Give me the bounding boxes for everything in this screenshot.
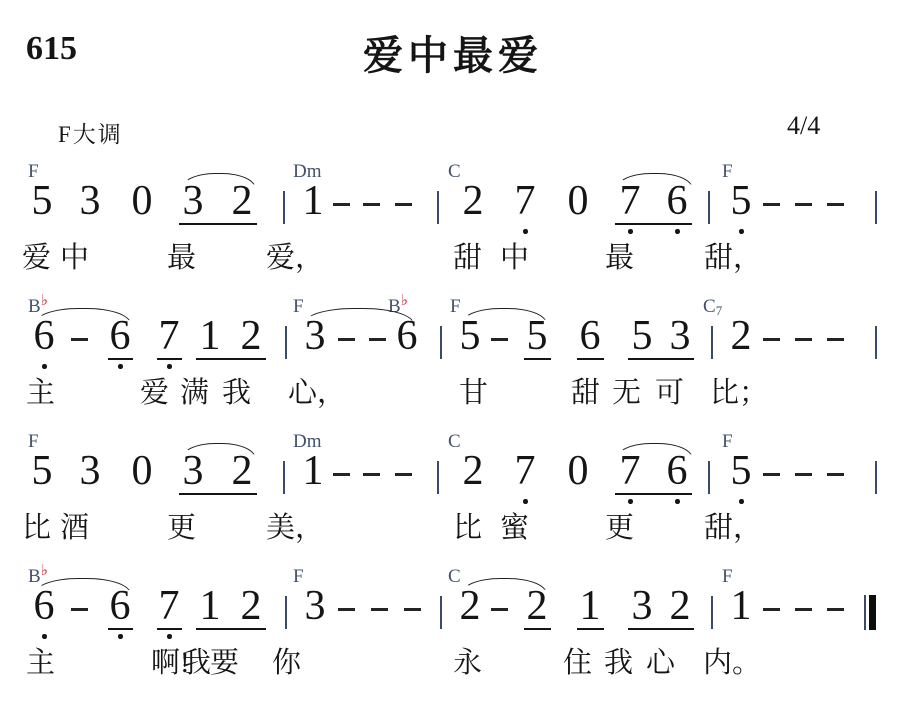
note-digit: 5 [731, 450, 752, 492]
lyric: 心 [646, 648, 675, 680]
lyric: 甜， [704, 513, 762, 545]
beam-underline [615, 493, 692, 495]
lyric: 可 [655, 378, 684, 410]
octave-dot [167, 364, 172, 369]
lyric: 你 [272, 648, 301, 680]
note-digit: 2 [232, 450, 253, 492]
lyric: 美， [266, 513, 324, 545]
note-digit: 3 [183, 450, 204, 492]
octave-dot [523, 229, 528, 234]
note-digit: 6 [110, 585, 131, 627]
duration-dash [363, 473, 380, 476]
chord-label: F [293, 567, 304, 586]
note-digit: 2 [670, 585, 691, 627]
lyric: 爱 [140, 378, 169, 410]
octave-dot [628, 229, 633, 234]
note-digit: 1 [731, 585, 752, 627]
note-digit: 2 [241, 585, 262, 627]
lyric: 比 [22, 513, 51, 545]
barline [711, 326, 713, 359]
lyric: 甜， [704, 243, 762, 275]
lyric: 最 [605, 243, 634, 275]
note-digit: 3 [80, 180, 101, 222]
barline [285, 326, 287, 359]
note-digit: 3 [670, 315, 691, 357]
duration-dash [827, 473, 844, 476]
lyric: 永 [453, 648, 482, 680]
note-digit: 5 [632, 315, 653, 357]
beam-underline [157, 628, 182, 630]
barline [875, 461, 877, 494]
note-digit: 2 [232, 180, 253, 222]
beam-underline [108, 358, 133, 360]
duration-dash [395, 473, 412, 476]
chord-label: F [293, 297, 304, 316]
barline [285, 596, 287, 629]
lyric: 中 [60, 243, 89, 275]
duration-dash [795, 338, 812, 341]
note-digit: 3 [305, 315, 326, 357]
score: FDmCF530321270765爱中最爱，甜中最甜，B♭FB♭FC766712… [0, 0, 906, 707]
lyric: 更 [167, 513, 196, 545]
chord-label: C [448, 162, 461, 181]
lyric: 无 [612, 378, 641, 410]
note-digit: 7 [515, 450, 536, 492]
duration-dash [333, 203, 350, 206]
chord-label: C7 [703, 297, 722, 316]
lyric: 爱 [22, 243, 51, 275]
beam-underline [615, 223, 692, 225]
duration-dash [71, 338, 88, 341]
final-barline [869, 595, 876, 630]
note-digit: 1 [200, 585, 221, 627]
note-digit: 7 [620, 450, 641, 492]
hymn-sheet: 615 爱中最爱 F大调 4/4 FDmCF530321270765爱中最爱，甜… [0, 0, 906, 707]
octave-dot [167, 634, 172, 639]
lyric: 满 [180, 378, 209, 410]
duration-dash [71, 608, 88, 611]
duration-dash [371, 608, 388, 611]
octave-dot [118, 364, 123, 369]
octave-dot [739, 499, 744, 504]
barline [437, 461, 439, 494]
note-digit: 2 [527, 585, 548, 627]
lyric: 比 [453, 513, 482, 545]
barline [437, 191, 439, 224]
flat-symbol: ♭ [401, 293, 408, 309]
beam-underline [179, 493, 257, 495]
barline [283, 191, 285, 224]
duration-dash [491, 338, 508, 341]
duration-dash [827, 338, 844, 341]
note-digit: 2 [463, 180, 484, 222]
lyric: 爱， [266, 243, 324, 275]
note-digit: 3 [183, 180, 204, 222]
octave-dot [675, 499, 680, 504]
lyric: 要 [210, 648, 239, 680]
note-digit: 6 [667, 450, 688, 492]
note-digit: 7 [159, 315, 180, 357]
lyric: 最 [167, 243, 196, 275]
beam-underline [628, 628, 694, 630]
duration-dash [827, 203, 844, 206]
beam-underline [196, 628, 266, 630]
duration-dash [369, 338, 386, 341]
duration-dash [404, 608, 421, 611]
octave-dot [42, 634, 47, 639]
beam-underline [179, 223, 257, 225]
lyric: 甜 [453, 243, 482, 275]
barline [708, 461, 710, 494]
octave-dot [118, 634, 123, 639]
lyric: 比； [710, 378, 768, 410]
duration-dash [491, 608, 508, 611]
note-digit: 2 [460, 585, 481, 627]
flat-symbol: ♭ [41, 563, 48, 579]
lyric: 酒 [60, 513, 89, 545]
beam-underline [157, 358, 182, 360]
note-digit: 3 [305, 585, 326, 627]
note-digit: 3 [632, 585, 653, 627]
lyric: 我 [182, 648, 211, 680]
lyric: 中 [500, 243, 529, 275]
chord-extension: 7 [716, 303, 723, 318]
barline [711, 596, 713, 629]
duration-dash [395, 203, 412, 206]
note-digit: 7 [159, 585, 180, 627]
lyric: 主 [26, 378, 55, 410]
note-digit: 6 [34, 585, 55, 627]
duration-dash [763, 473, 780, 476]
lyric: 甜 [571, 378, 600, 410]
note-digit: 6 [580, 315, 601, 357]
final-barline [864, 595, 866, 630]
lyric: 主 [26, 648, 55, 680]
duration-dash [827, 608, 844, 611]
flat-symbol: ♭ [41, 293, 48, 309]
duration-dash [333, 473, 350, 476]
beam-underline [524, 358, 551, 360]
note-digit: 3 [80, 450, 101, 492]
note-digit: 5 [527, 315, 548, 357]
duration-dash [338, 338, 355, 341]
lyric: 更 [605, 513, 634, 545]
lyric: 我 [222, 378, 251, 410]
note-digit: 6 [667, 180, 688, 222]
note-digit: 6 [34, 315, 55, 357]
chord-label: C [448, 432, 461, 451]
duration-dash [763, 608, 780, 611]
lyric: 蜜 [500, 513, 529, 545]
note-digit: 7 [620, 180, 641, 222]
note-digit: 1 [580, 585, 601, 627]
octave-dot [523, 499, 528, 504]
note-digit: 5 [32, 450, 53, 492]
note-digit: 7 [515, 180, 536, 222]
note-digit: 0 [132, 180, 153, 222]
note-digit: 5 [32, 180, 53, 222]
note-digit: 0 [132, 450, 153, 492]
barline [875, 326, 877, 359]
duration-dash [795, 608, 812, 611]
barline [283, 461, 285, 494]
beam-underline [628, 358, 694, 360]
barline [875, 191, 877, 224]
duration-dash [795, 203, 812, 206]
note-digit: 1 [303, 180, 324, 222]
beam-underline [108, 628, 133, 630]
note-digit: 5 [731, 180, 752, 222]
lyric: 甘 [459, 378, 488, 410]
octave-dot [739, 229, 744, 234]
barline [440, 326, 442, 359]
note-digit: 2 [731, 315, 752, 357]
octave-dot [675, 229, 680, 234]
note-digit: 0 [568, 450, 589, 492]
duration-dash [763, 203, 780, 206]
beam-underline [524, 628, 551, 630]
beam-underline [577, 628, 604, 630]
lyric: 我 [604, 648, 633, 680]
octave-dot [628, 499, 633, 504]
duration-dash [363, 203, 380, 206]
barline [440, 596, 442, 629]
note-digit: 0 [568, 180, 589, 222]
octave-dot [42, 364, 47, 369]
barline [708, 191, 710, 224]
note-digit: 2 [463, 450, 484, 492]
duration-dash [795, 473, 812, 476]
note-digit: 2 [241, 315, 262, 357]
beam-underline [577, 358, 604, 360]
note-digit: 5 [460, 315, 481, 357]
note-digit: 6 [397, 315, 418, 357]
lyric: 心， [288, 378, 346, 410]
duration-dash [763, 338, 780, 341]
note-digit: 6 [110, 315, 131, 357]
note-digit: 1 [303, 450, 324, 492]
lyric: 内。 [703, 648, 761, 680]
duration-dash [338, 608, 355, 611]
beam-underline [196, 358, 266, 360]
lyric: 住 [563, 648, 592, 680]
note-digit: 1 [200, 315, 221, 357]
